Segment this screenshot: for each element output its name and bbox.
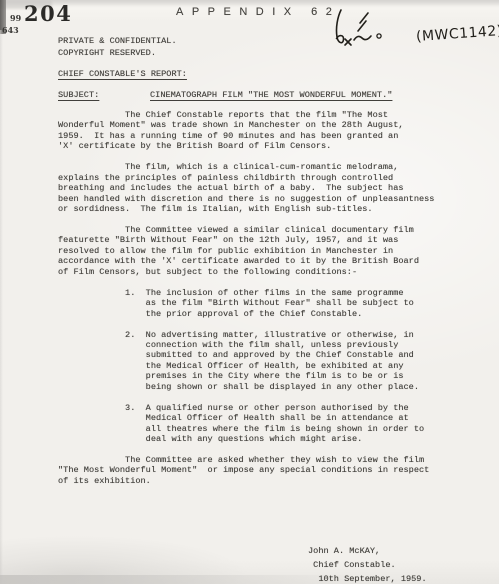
subject-title: CINEMATOGRAPH FILM "THE MOST WONDERFUL M… — [150, 90, 392, 100]
scan-artifact-bottom-band — [0, 575, 360, 584]
subject-label: SUBJECT: — [58, 90, 99, 100]
report-title: CHIEF CONSTABLE'S REPORT: — [58, 69, 187, 79]
page-number-small-top: 99 — [10, 13, 21, 23]
handwritten-initials-mark-icon — [331, 8, 393, 54]
document-body: The Chief Constable reports that the fil… — [58, 110, 434, 486]
appendix-heading: APPENDIX 62 — [176, 6, 340, 18]
confidential-notice: PRIVATE & CONFIDENTIAL. COPYRIGHT RESERV… — [58, 35, 177, 59]
signature-block: John A. McKAY, Chief Constable. 10th Sep… — [308, 544, 427, 584]
page-number-stamp: 204 — [24, 1, 72, 26]
page-number-small-bottom: 643 — [2, 25, 19, 35]
scanned-document-page: 99 204 643 APPENDIX 62 (MWC1142) PRIVATE… — [0, 0, 499, 584]
scan-artifact-left-edge — [0, 30, 3, 584]
handwritten-reference: (MWC1142) — [416, 23, 499, 45]
scan-artifact-bottom-shade — [0, 535, 250, 584]
